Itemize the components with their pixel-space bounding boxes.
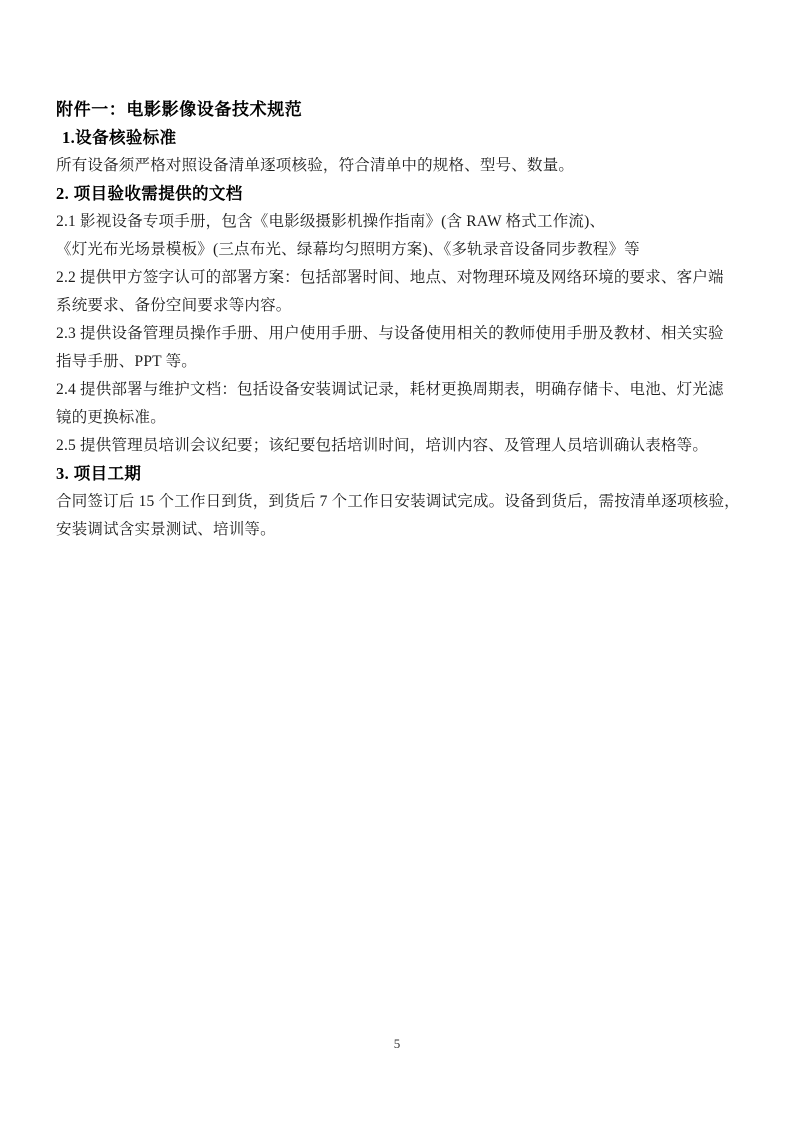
- section-3-paragraph-line-1: 合同签订后 15 个工作日到货，到货后 7 个工作日安装调试完成。设备到货后，需…: [56, 488, 744, 516]
- document-page: 附件一：电影影像设备技术规范 1.设备核验标准 所有设备须严格对照设备清单逐项核…: [0, 0, 794, 1122]
- document-body: 附件一：电影影像设备技术规范 1.设备核验标准 所有设备须严格对照设备清单逐项核…: [56, 96, 744, 544]
- item-2-1-line-1: 2.1 影视设备专项手册，包含《电影级摄影机操作指南》(含 RAW 格式工作流)…: [56, 208, 744, 236]
- section-1-heading: 1.设备核验标准: [56, 124, 744, 152]
- item-2-3-line-1: 2.3 提供设备管理员操作手册、用户使用手册、与设备使用相关的教师使用手册及教材…: [56, 320, 744, 348]
- item-2-1-line-2: 《灯光布光场景模板》(三点布光、绿幕均匀照明方案)、《多轨录音设备同步教程》等: [56, 236, 744, 264]
- item-2-5-line-1: 2.5 提供管理员培训会议纪要；该纪要包括培训时间，培训内容、及管理人员培训确认…: [56, 432, 744, 460]
- section-3-heading: 3. 项目工期: [56, 460, 744, 488]
- item-2-3-line-2: 指导手册、PPT 等。: [56, 348, 744, 376]
- attachment-title: 附件一：电影影像设备技术规范: [56, 96, 744, 124]
- item-2-2-line-1: 2.2 提供甲方签字认可的部署方案：包括部署时间、地点、对物理环境及网络环境的要…: [56, 264, 744, 292]
- page-number: 5: [394, 1036, 401, 1051]
- item-2-4-line-1: 2.4 提供部署与维护文档：包括设备安装调试记录，耗材更换周期表，明确存储卡、电…: [56, 376, 744, 404]
- item-2-2-line-2: 系统要求、备份空间要求等内容。: [56, 292, 744, 320]
- page-footer: 5: [0, 1030, 794, 1058]
- section-1-paragraph-line-1: 所有设备须严格对照设备清单逐项核验，符合清单中的规格、型号、数量。: [56, 152, 744, 180]
- item-2-4-line-2: 镜的更换标准。: [56, 404, 744, 432]
- section-3-paragraph-line-2: 安装调试含实景测试、培训等。: [56, 516, 744, 544]
- section-2-heading: 2. 项目验收需提供的文档: [56, 180, 744, 208]
